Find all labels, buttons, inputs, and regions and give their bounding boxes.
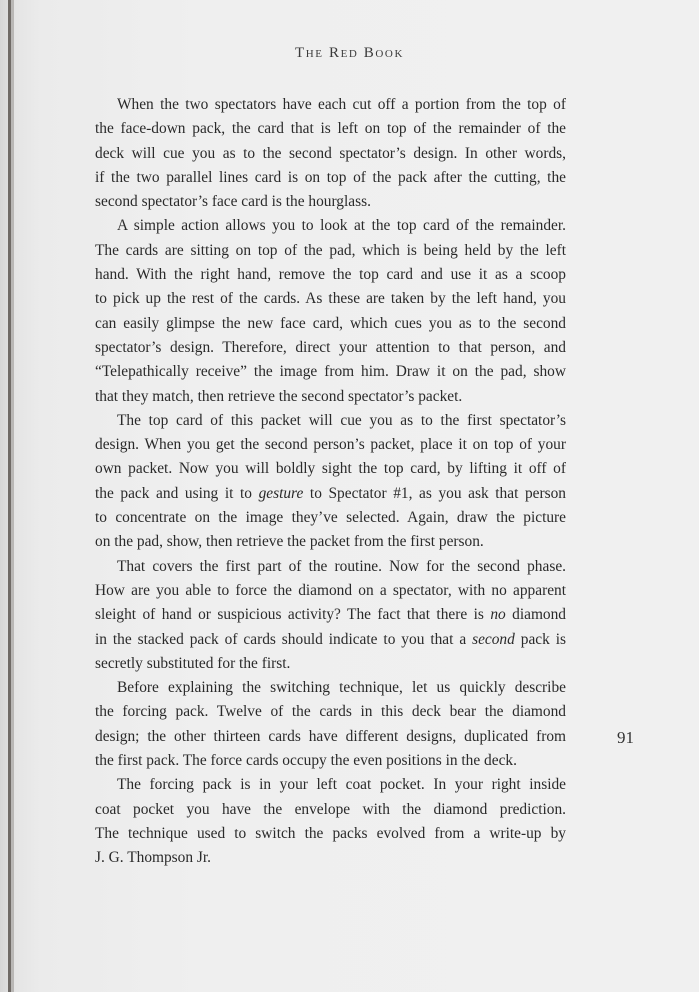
text-line: the pack and using it to gesture to Spec… [95,482,566,506]
text-line: in the stacked pack of cards should indi… [95,628,566,652]
text-line: can easily glimpse the new face card, wh… [95,312,566,336]
text-run: in the stacked pack of cards should indi… [95,631,472,648]
text-line: own packet. Now you will boldly sight th… [95,457,566,481]
paragraph-2: A simple action allows you to look at th… [95,214,566,408]
text-line: deck will cue you as to the second spect… [95,142,566,166]
text-line: to concentrate on the image they’ve sele… [95,506,566,530]
paragraph-4: That covers the first part of the routin… [95,555,566,676]
text-run: to Spectator #1, as you ask that person [303,485,566,502]
emphasis-text: no [490,606,505,623]
text-line: the first pack. The force cards occupy t… [95,749,566,773]
text-line: A simple action allows you to look at th… [95,214,566,238]
text-line: hand. With the right hand, remove the to… [95,263,566,287]
text-line: When the two spectators have each cut of… [95,93,566,117]
text-line: Before explaining the switching techniqu… [95,676,566,700]
text-line: second spectator’s face card is the hour… [95,190,566,214]
text-line: secretly substituted for the first. [95,652,566,676]
text-run: the pack and using it to [95,485,259,502]
emphasis-text: second [472,631,515,648]
page-binding-shadow [11,0,14,992]
text-line: on the pad, show, then retrieve the pack… [95,530,566,554]
page-number: 91 [617,728,634,748]
text-line: sleight of hand or suspicious activity? … [95,603,566,627]
text-line: the forcing pack. Twelve of the cards in… [95,700,566,724]
text-line: design. When you get the second person’s… [95,433,566,457]
text-line: The top card of this packet will cue you… [95,409,566,433]
emphasis-text: gesture [259,485,304,502]
text-line: spectator’s design. Therefore, direct yo… [95,336,566,360]
book-page: The Red Book When the two spectators hav… [0,0,699,992]
text-line: How are you able to force the diamond on… [95,579,566,603]
running-head: The Red Book [0,45,699,62]
text-run: sleight of hand or suspicious activity? … [95,606,490,623]
text-line: “Telepathically receive” the image from … [95,360,566,384]
text-line: design; the other thirteen cards have di… [95,725,566,749]
text-line: the face-down pack, the card that is lef… [95,117,566,141]
text-line: coat pocket you have the envelope with t… [95,798,566,822]
text-line: J. G. Thompson Jr. [95,846,566,870]
text-line: The technique used to switch the packs e… [95,822,566,846]
body-text: When the two spectators have each cut of… [95,93,566,871]
text-line: if the two parallel lines card is on top… [95,166,566,190]
paragraph-5: Before explaining the switching techniqu… [95,676,566,773]
paragraph-1: When the two spectators have each cut of… [95,93,566,214]
text-line: That covers the first part of the routin… [95,555,566,579]
text-run: pack is [515,631,566,648]
paragraph-3: The top card of this packet will cue you… [95,409,566,555]
text-line: The cards are sitting on top of the pad,… [95,239,566,263]
paragraph-6: The forcing pack is in your left coat po… [95,773,566,870]
text-run: diamond [506,606,566,623]
text-line: that they match, then retrieve the secon… [95,385,566,409]
text-line: to pick up the rest of the cards. As the… [95,287,566,311]
text-line: The forcing pack is in your left coat po… [95,773,566,797]
